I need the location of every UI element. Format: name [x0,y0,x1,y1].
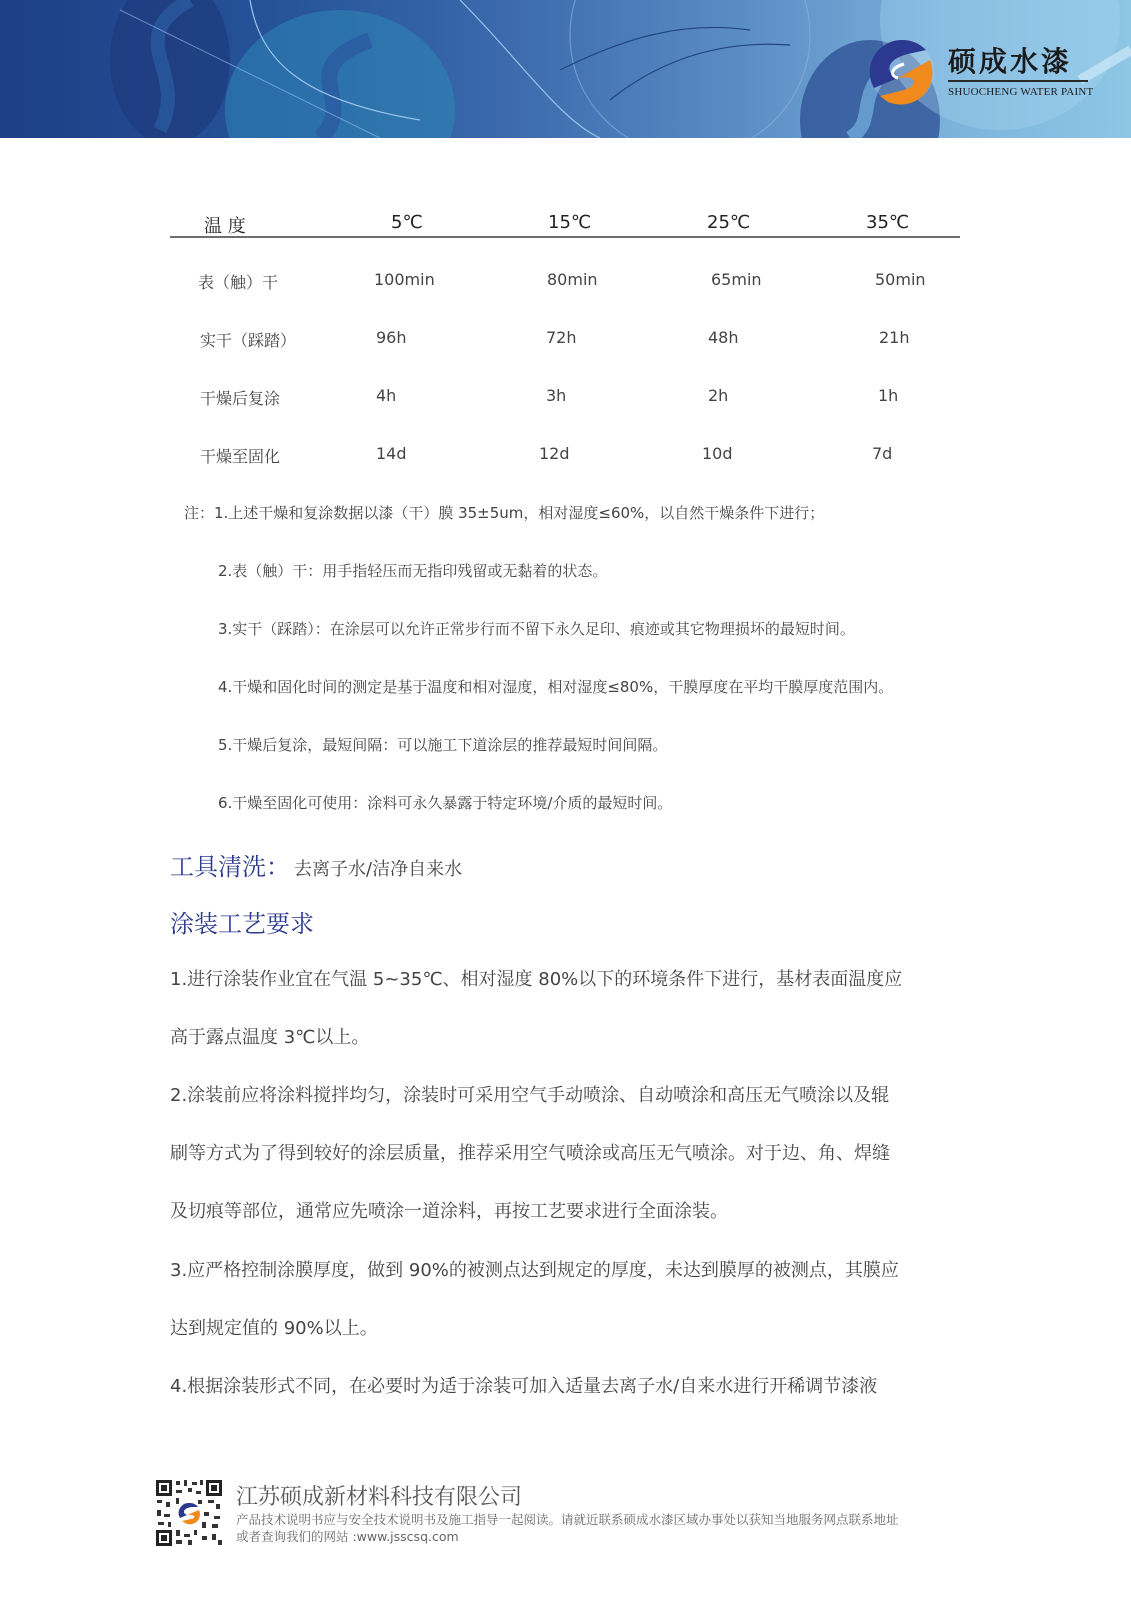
note-1: 注：1.上述干燥和复涂数据以漆（干）膜 35±5um，相对湿度≤60%，以自然干… [184,502,824,523]
header-25c: 25℃ [707,212,750,233]
process-line: 4.根据涂装形式不同，在必要时为适于涂装可加入适量去离子水/自来水进行开稀调节漆… [170,1372,877,1398]
logo-english-name: SHUOCHENG WATER PAINT [948,86,1093,98]
process-line: 刷等方式为了得到较好的涂层质量，推荐采用空气喷涂或高压无气喷涂。对于边、角、焊缝 [170,1139,890,1165]
logo-mark-icon [868,38,936,106]
logo-divider [948,80,1088,82]
cell: 2h [708,386,728,405]
table-row: 干燥至固化 14d 12d 10d 7d [170,444,960,474]
cell: 4h [376,386,396,405]
row-label: 干燥至固化 [200,444,280,467]
cell: 65min [711,270,762,289]
drying-time-table: 温 度 5℃ 15℃ 25℃ 35℃ [170,206,960,238]
footer-website: 或者查询我们的网站 :www.jsscsq.com [236,1527,459,1545]
tool-cleaning-label: 工具清洗： [170,853,290,881]
cell: 10d [702,444,733,463]
footer-company-name: 江苏硕成新材料科技有限公司 [236,1480,522,1511]
header-15c: 15℃ [548,212,591,233]
process-line: 及切痕等部位，通常应先喷涂一道涂料，再按工艺要求进行全面涂装。 [170,1197,728,1223]
cell: 50min [875,270,926,289]
cell: 21h [879,328,910,347]
tool-cleaning-heading: 工具清洗：去离子水/洁净自来水 [170,847,462,882]
note-3: 3.实干（踩踏）：在涂层可以允许正常步行而不留下永久足印、痕迹或其它物理损坏的最… [218,618,855,639]
process-line: 达到规定值的 90%以上。 [170,1314,378,1340]
cell: 96h [376,328,407,347]
process-line: 高于露点温度 3℃以上。 [170,1023,369,1049]
table-row: 表（触）干 100min 80min 65min 50min [170,270,960,300]
logo-chinese-name: 硕成水漆 [948,40,1072,80]
header-5c: 5℃ [391,212,423,233]
process-line: 1.进行涂装作业宜在气温 5~35℃、相对湿度 80%以下的环境条件下进行，基材… [170,965,902,991]
cell: 48h [708,328,739,347]
header-temperature: 温 度 [204,212,246,238]
tool-cleaning-value: 去离子水/洁净自来水 [294,859,462,880]
cell: 3h [546,386,566,405]
cell: 12d [539,444,570,463]
cell: 7d [872,444,892,463]
table-row: 实干（踩踏） 96h 72h 48h 21h [170,328,960,358]
cell: 100min [374,270,435,289]
row-label: 表（触）干 [198,270,278,293]
row-label: 干燥后复涂 [200,386,280,409]
note-2: 2.表（触）干：用手指轻压而无指印残留或无黏着的状态。 [218,560,607,581]
note-6: 6.干燥至固化可使用：涂料可永久暴露于特定环境/介质的最短时间。 [218,792,672,813]
cell: 72h [546,328,577,347]
note-5: 5.干燥后复涂，最短间隔：可以施工下道涂层的推荐最短时间间隔。 [218,734,667,755]
row-label: 实干（踩踏） [200,328,296,351]
process-line: 2.涂装前应将涂料搅拌均匀，涂装时可采用空气手动喷涂、自动喷涂和高压无气喷涂以及… [170,1081,889,1107]
footer-disclaimer: 产品技术说明书应与安全技术说明书及施工指导一起阅读。请就近联系硕成水漆区域办事处… [236,1510,899,1528]
cell: 80min [547,270,598,289]
table-row: 干燥后复涂 4h 3h 2h 1h [170,386,960,416]
header-35c: 35℃ [866,212,909,233]
process-line: 3.应严格控制涂膜厚度，做到 90%的被测点达到规定的厚度，未达到膜厚的被测点，… [170,1256,899,1282]
note-4: 4.干燥和固化时间的测定是基于温度和相对湿度，相对湿度≤80%，干膜厚度在平均干… [218,676,893,697]
cell: 14d [376,444,407,463]
header-banner: 硕成水漆 SHUOCHENG WATER PAINT [0,0,1131,138]
qr-code-icon [154,1478,224,1548]
table-header-row: 温 度 5℃ 15℃ 25℃ 35℃ [170,206,960,238]
cell: 1h [878,386,898,405]
brand-logo: 硕成水漆 SHUOCHENG WATER PAINT [868,38,1088,110]
coating-process-title: 涂装工艺要求 [170,904,314,939]
